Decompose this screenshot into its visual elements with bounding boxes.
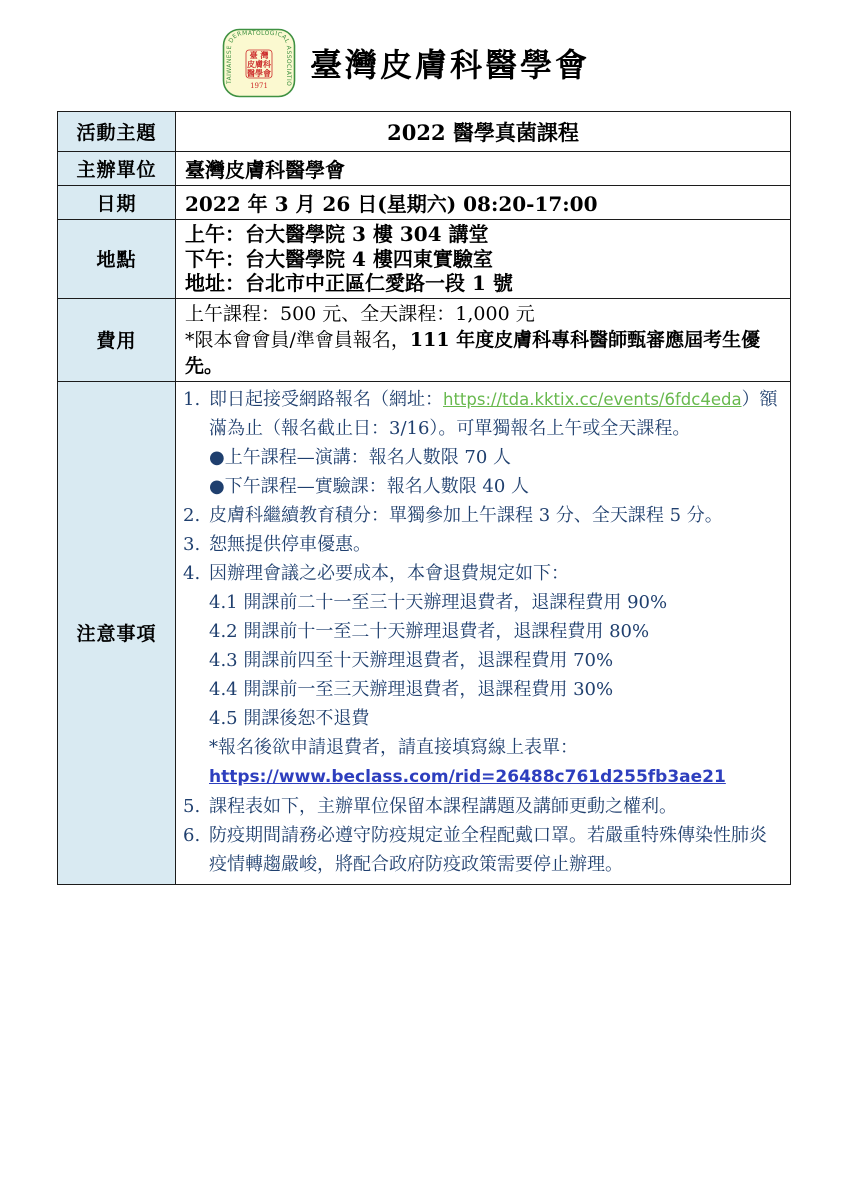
fee-line-restriction: *限本會會員/準會員報名，111 年度皮膚科專科醫師甄審應屆考生優先。 (185, 327, 781, 379)
row-label-date: 日期 (58, 186, 176, 220)
location-line-address: 地址：台北市中正區仁愛路一段 1 號 (185, 271, 781, 296)
fee-restriction-normal: *限本會會員/準會員報名， (185, 329, 410, 351)
note-1-bullet-morning: ●上午課程—演講：報名人數限 70 人 (209, 443, 784, 472)
row-label-notes: 注意事項 (58, 381, 176, 884)
note-item-2: 2. 皮膚科繼續教育積分：單獨參加上午課程 3 分、全天課程 5 分。 (183, 501, 784, 530)
note-number: 1. (183, 385, 209, 443)
event-info-table: 活動主題 2022 醫學真菌課程 主辦單位 臺灣皮膚科醫學會 日期 2022 年… (57, 111, 791, 885)
table-row-organizer: 主辦單位 臺灣皮膚科醫學會 (58, 152, 791, 186)
refund-rule-2: 4.2 開課前十一至二十天辦理退費者，退課程費用 80% (209, 617, 784, 646)
logo-year: 1971 (250, 82, 268, 90)
row-value-date: 2022 年 3 月 26 日(星期六) 08:20-17:00 (176, 186, 791, 220)
note-item-6-text: 防疫期間請務必遵守防疫規定並全程配戴口罩。若嚴重特殊傳染性肺炎疫情轉趨嚴峻，將配… (209, 821, 784, 879)
fee-line-price: 上午課程：500 元、全天課程：1,000 元 (185, 301, 781, 327)
refund-link-line: https://www.beclass.com/rid=26488c761d25… (209, 762, 784, 792)
refund-rule-1: 4.1 開課前二十一至三十天辦理退費者，退課程費用 90% (209, 588, 784, 617)
note-number: 5. (183, 792, 209, 821)
note-1-prefix: 即日起接受網路報名（網址： (209, 389, 443, 410)
page-title: 臺灣皮膚科醫學會 (310, 40, 590, 86)
row-label-fee: 費用 (58, 298, 176, 381)
note-item-1: 1. 即日起接受網路報名（網址：https://tda.kktix.cc/eve… (183, 385, 784, 443)
refund-rule-5: 4.5 開課後恕不退費 (209, 704, 784, 733)
row-label-organizer: 主辦單位 (58, 152, 176, 186)
note-number: 3. (183, 530, 209, 559)
note-number: 2. (183, 501, 209, 530)
location-line-afternoon: 下午：台大醫學院 4 樓四東實驗室 (185, 247, 781, 272)
row-value-organizer: 臺灣皮膚科醫學會 (176, 152, 791, 186)
note-1-bullet-afternoon: ●下午課程—實驗課：報名人數限 40 人 (209, 472, 784, 501)
note-item-5-text: 課程表如下，主辦單位保留本課程講題及講師更動之權利。 (209, 792, 784, 821)
table-row-topic: 活動主題 2022 醫學真菌課程 (58, 112, 791, 152)
table-row-fee: 費用 上午課程：500 元、全天課程：1,000 元 *限本會會員/準會員報名，… (58, 298, 791, 381)
logo-center-line3: 醫學會 (247, 68, 271, 78)
row-value-notes: 1. 即日起接受網路報名（網址：https://tda.kktix.cc/eve… (176, 381, 791, 884)
table-row-date: 日期 2022 年 3 月 26 日(星期六) 08:20-17:00 (58, 186, 791, 220)
association-logo-icon: TAIWANESE DERMATOLOGICAL ASSOCIATION 臺 灣… (222, 28, 296, 98)
note-item-4: 4. 因辦理會議之必要成本，本會退費規定如下： (183, 559, 784, 588)
location-line-morning: 上午：台大醫學院 3 樓 304 講堂 (185, 222, 781, 247)
kktix-registration-link[interactable]: https://tda.kktix.cc/events/6fdc4eda (443, 390, 742, 409)
note-item-3-text: 恕無提供停車優惠。 (209, 530, 784, 559)
refund-note: *報名後欲申請退費者，請直接填寫線上表單： (209, 733, 784, 762)
note-number: 4. (183, 559, 209, 588)
row-value-fee: 上午課程：500 元、全天課程：1,000 元 *限本會會員/準會員報名，111… (176, 298, 791, 381)
document-header: TAIWANESE DERMATOLOGICAL ASSOCIATION 臺 灣… (0, 0, 828, 98)
note-item-5: 5. 課程表如下，主辦單位保留本課程講題及講師更動之權利。 (183, 792, 784, 821)
row-value-location: 上午：台大醫學院 3 樓 304 講堂 下午：台大醫學院 4 樓四東實驗室 地址… (176, 220, 791, 299)
beclass-refund-link[interactable]: https://www.beclass.com/rid=26488c761d25… (209, 767, 726, 787)
note-item-2-text: 皮膚科繼續教育積分：單獨參加上午課程 3 分、全天課程 5 分。 (209, 501, 784, 530)
row-label-location: 地點 (58, 220, 176, 299)
row-label-topic: 活動主題 (58, 112, 176, 152)
note-item-6: 6. 防疫期間請務必遵守防疫規定並全程配戴口罩。若嚴重特殊傳染性肺炎疫情轉趨嚴峻… (183, 821, 784, 879)
note-number: 6. (183, 821, 209, 879)
refund-rule-4: 4.4 開課前一至三天辦理退費者，退課程費用 30% (209, 675, 784, 704)
note-item-3: 3. 恕無提供停車優惠。 (183, 530, 784, 559)
note-item-1-text: 即日起接受網路報名（網址：https://tda.kktix.cc/events… (209, 385, 784, 443)
document-page: TAIWANESE DERMATOLOGICAL ASSOCIATION 臺 灣… (0, 0, 844, 1200)
refund-rule-3: 4.3 開課前四至十天辦理退費者，退課程費用 70% (209, 646, 784, 675)
note-item-4-text: 因辦理會議之必要成本，本會退費規定如下： (209, 559, 784, 588)
table-row-notes: 注意事項 1. 即日起接受網路報名（網址：https://tda.kktix.c… (58, 381, 791, 884)
table-row-location: 地點 上午：台大醫學院 3 樓 304 講堂 下午：台大醫學院 4 樓四東實驗室… (58, 220, 791, 299)
row-value-topic: 2022 醫學真菌課程 (176, 112, 791, 152)
